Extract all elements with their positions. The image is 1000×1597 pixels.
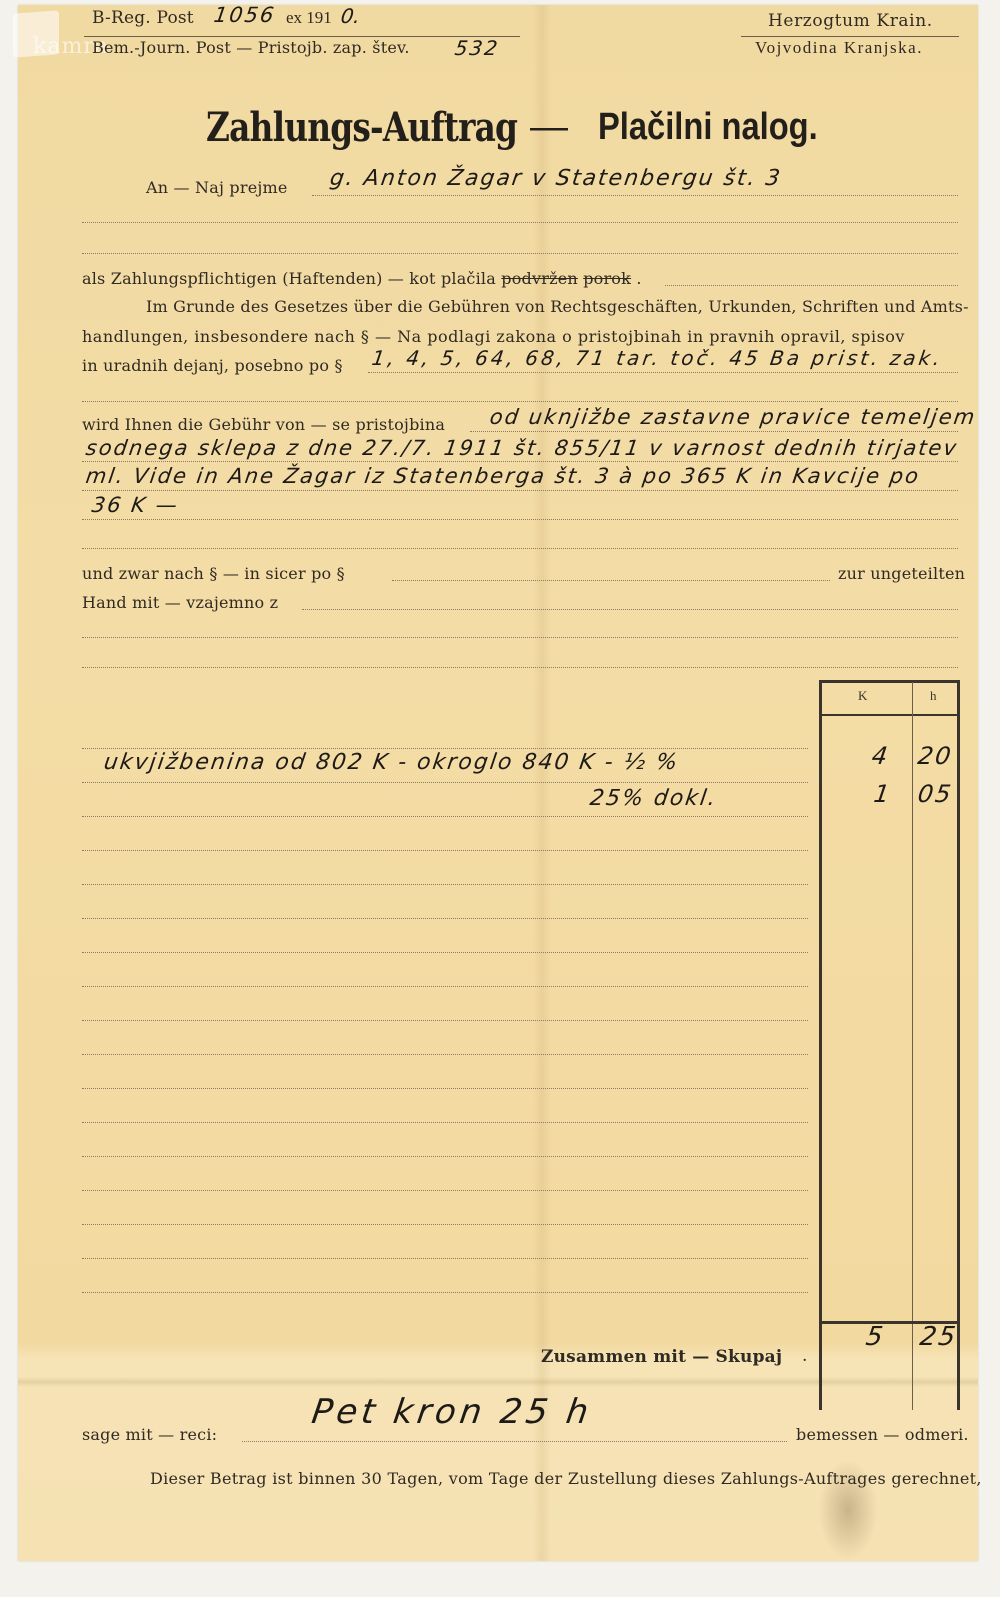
fee-line-4[interactable]: 36 K —: [90, 493, 180, 517]
table-left-border: [819, 680, 822, 1410]
fee-line-2[interactable]: sodnega sklepa z dne 27./7. 1911 št. 855…: [84, 436, 959, 460]
item-rule: [82, 1292, 808, 1293]
joint-rule-4: [82, 667, 958, 668]
item-rule: [82, 1224, 808, 1225]
row-2-heller[interactable]: 05: [916, 780, 954, 808]
fee-label: wird Ihnen die Gebühr von — se pristojbi…: [82, 415, 445, 434]
total-dot: .: [802, 1346, 808, 1366]
column-header-h: h: [930, 688, 937, 704]
legal-basis-line-1: Im Grunde des Gesetzes über die Gebühren…: [146, 297, 969, 316]
amount-words-value[interactable]: Pet kron 25 h: [309, 1392, 595, 1432]
reg-number: 1056: [212, 3, 277, 27]
reg-ex: ex 191: [286, 8, 332, 28]
item-rule: [82, 782, 808, 783]
obligor-label-text: als Zahlungspflichtigen (Haftenden) — ko…: [82, 269, 486, 288]
table-column-divider: [912, 682, 913, 1410]
item-row-2-text[interactable]: 25% dokl.: [588, 786, 719, 811]
table-header-border: [821, 714, 959, 716]
fee-rule-2: [82, 461, 958, 462]
title-dash: —: [530, 106, 568, 149]
legal-basis-rule-2: [82, 401, 958, 402]
fee-rule-5: [82, 548, 958, 549]
legal-basis-paragraphs[interactable]: 1, 4, 5, 64, 68, 71 tar. toč. 45 Ba pris…: [370, 346, 944, 370]
horizontal-fold: [18, 1377, 978, 1387]
obligor-option-porok: porok: [583, 269, 631, 288]
reg-label: B-Reg. Post: [92, 8, 194, 28]
item-rule: [82, 884, 808, 885]
journal-number: 532: [453, 36, 501, 60]
item-rule: [82, 1122, 808, 1123]
item-rule: [82, 850, 808, 851]
total-label: Zusammen mit — Skupaj: [541, 1347, 782, 1367]
vertical-fold: [533, 5, 551, 1561]
recipient-label: An — Naj prejme: [146, 178, 288, 197]
title-slovene: Plačilni nalog.: [598, 106, 818, 149]
item-rule: [82, 918, 808, 919]
fee-line-3[interactable]: ml. Vide in Ane Žagar iz Statenberga št.…: [84, 464, 921, 488]
item-row-1-text[interactable]: ukvjižbenina od 802 K - okroglo 840 K - …: [102, 750, 681, 775]
amount-words-label: sage mit — reci:: [82, 1425, 217, 1444]
item-rule: [82, 986, 808, 987]
document-paper: [18, 5, 978, 1561]
obligor-rule: [665, 285, 958, 286]
item-rule: [82, 1258, 808, 1259]
legal-basis-line-3-label: in uradnih dejanj, posebno po §: [82, 356, 343, 375]
header-rule-left: [84, 36, 520, 37]
amount-words-rule: [242, 1441, 787, 1442]
obligor-label: als Zahlungspflichtigen (Haftenden) — ko…: [82, 269, 642, 288]
duchy-german: Herzogtum Krain.: [768, 11, 933, 31]
recipient-rule-3: [82, 253, 958, 254]
obligor-option-struck: podvržen: [501, 269, 578, 288]
item-rule: [82, 1088, 808, 1089]
item-rule: [82, 1054, 808, 1055]
column-header-k: K: [858, 688, 867, 704]
item-rule: [82, 748, 808, 749]
item-rule: [82, 1020, 808, 1021]
duchy-slovene: Vojvodina Kranjska.: [755, 38, 923, 58]
joint-line-2-label: Hand mit — vzajemno z: [82, 593, 278, 612]
table-right-border: [957, 680, 960, 1410]
joint-rule-3: [82, 637, 958, 638]
journal-label: Bem.-Journ. Post — Pristojb. zap. štev.: [92, 38, 410, 57]
header-rule-right: [741, 36, 959, 37]
joint-rule-2: [302, 609, 958, 610]
item-rule: [82, 816, 808, 817]
row-1-heller[interactable]: 20: [916, 742, 954, 770]
reg-year-digit: 0.: [339, 4, 361, 28]
table-top-border: [819, 680, 960, 683]
fee-rule-3: [82, 490, 958, 491]
recipient-rule: [312, 195, 958, 196]
legal-basis-line-2: handlungen, insbesondere nach § — Na pod…: [82, 327, 905, 346]
payment-terms: Dieser Betrag ist binnen 30 Tagen, vom T…: [150, 1469, 982, 1488]
item-rule: [82, 1190, 808, 1191]
total-heller[interactable]: 25: [918, 1322, 959, 1352]
joint-rule-1: [392, 580, 830, 581]
fee-rule-4: [82, 519, 958, 520]
title-german: Zahlungs-Auftrag: [206, 104, 517, 151]
fee-line-1[interactable]: od uknjižbe zastavne pravice temeljem: [488, 405, 978, 429]
legal-basis-rule: [368, 372, 958, 373]
fee-rule-1: [470, 431, 958, 432]
recipient-rule-2: [82, 222, 958, 223]
joint-line-1-label: und zwar nach § — in sicer po §: [82, 564, 345, 583]
item-rule: [82, 1156, 808, 1157]
joint-line-1-right: zur ungeteilten: [838, 564, 965, 583]
obligor-trail: .: [636, 269, 641, 288]
amount-words-suffix: bemessen — odmeri.: [796, 1425, 969, 1444]
recipient-value[interactable]: g. Anton Žagar v Statenbergu št. 3: [328, 166, 783, 191]
item-rule: [82, 952, 808, 953]
obligor-option-a: a: [486, 269, 496, 288]
